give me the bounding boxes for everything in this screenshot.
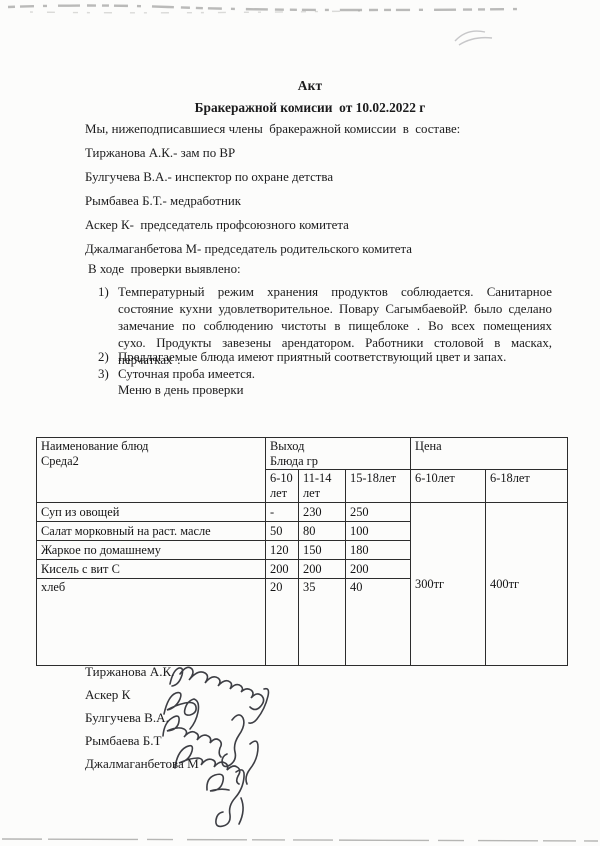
header-price: Цена	[411, 438, 568, 470]
dish-value: 180	[346, 541, 411, 560]
member-line: Булгучева В.А.- инспектор по охране детс…	[85, 170, 412, 194]
finding-number: 1)	[98, 284, 118, 301]
header-age-11-14: 11-14 лет	[299, 470, 346, 503]
member-line: Тиржанова А.К.- зам по ВР	[85, 146, 412, 170]
header-age-15-18: 15-18лет	[346, 470, 411, 503]
dish-value: 200	[346, 560, 411, 579]
header-price-6-10: 6-10лет	[411, 470, 486, 503]
findings-heading: В ходе проверки выявлено:	[88, 262, 241, 277]
dish-value: 230	[299, 503, 346, 522]
dish-value: 50	[266, 522, 299, 541]
signature-scribble	[207, 770, 244, 827]
price-6-18: 400тг	[486, 503, 568, 666]
dish-value: 150	[299, 541, 346, 560]
finding-item: 3)Суточная проба имеется.	[98, 366, 552, 383]
header-age-6-10: 6-10 лет	[266, 470, 299, 503]
dish-value: 200	[266, 560, 299, 579]
finding-text: Суточная проба имеется.	[118, 366, 552, 383]
member-line: Аскер К- председатель профсоюзного комит…	[85, 218, 412, 242]
signature-scribble	[163, 715, 244, 767]
member-line: Рымбавеа Б.Т.- медработник	[85, 194, 412, 218]
price-6-10: 300тг	[411, 503, 486, 666]
dish-value: 120	[266, 541, 299, 560]
header-output: Выход Блюда гр	[266, 438, 411, 470]
finding-text: Предлагаемые блюда имеют приятный соотве…	[118, 349, 552, 366]
menu-note: Меню в день проверки	[118, 383, 243, 398]
doc-title: Акт	[10, 78, 600, 94]
header-dishes: Наименование блюд Среда2	[37, 438, 266, 503]
dish-name: Жаркое по домашнему	[37, 541, 266, 560]
table-row: Суп из овощей - 230 250 300тг 400тг	[37, 503, 568, 522]
header-price-6-18: 6-18лет	[486, 470, 568, 503]
signature-scribble	[170, 667, 269, 723]
menu-table: Наименование блюд Среда2 Выход Блюда гр …	[36, 437, 568, 666]
dish-value: 200	[299, 560, 346, 579]
dish-value: 100	[346, 522, 411, 541]
signature-scribble	[164, 693, 199, 729]
dish-name: Салат морковный на раст. масле	[37, 522, 266, 541]
document-page: Акт Бракеражной комисии от 10.02.2022 г …	[0, 0, 600, 846]
handwritten-signatures	[140, 648, 330, 828]
signature-scribble	[175, 741, 258, 784]
doc-subtitle: Бракеражной комисии от 10.02.2022 г	[10, 100, 600, 116]
commission-members: Тиржанова А.К.- зам по ВР Булгучева В.А.…	[85, 146, 412, 266]
dish-name: Кисель с вит С	[37, 560, 266, 579]
finding-item: 2)Предлагаемые блюда имеют приятный соот…	[98, 349, 552, 366]
dish-value: 80	[299, 522, 346, 541]
dish-value: 250	[346, 503, 411, 522]
dish-name: Суп из овощей	[37, 503, 266, 522]
finding-number: 3)	[98, 366, 118, 383]
pencil-mark	[455, 31, 492, 45]
dish-value: 40	[346, 579, 411, 666]
dish-value: -	[266, 503, 299, 522]
intro-line: Мы, нижеподписавшиеся члены бракеражной …	[85, 122, 460, 137]
finding-number: 2)	[98, 349, 118, 366]
